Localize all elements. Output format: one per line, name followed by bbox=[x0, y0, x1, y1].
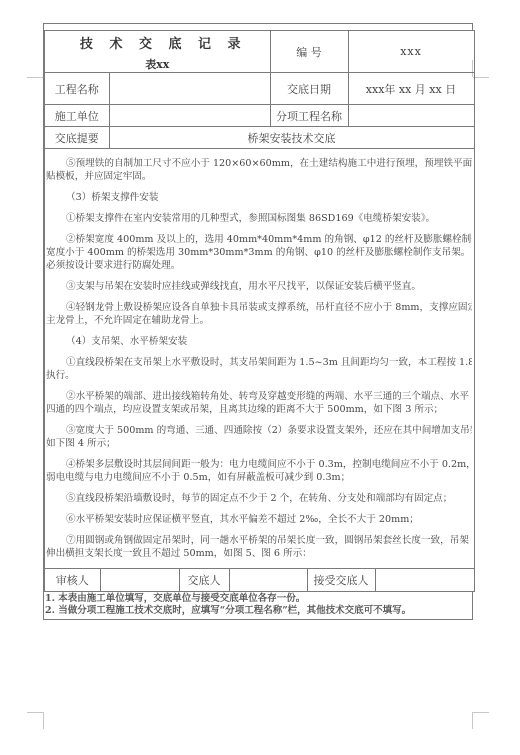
construction-unit-label: 施工单位 bbox=[44, 105, 109, 127]
disclosure-date-label: 交底日期 bbox=[270, 73, 348, 105]
note-2: 2. 当做分项工程施工技术交底时，应填写“分项工程名称”栏，其他技术交底可不填写… bbox=[45, 605, 472, 617]
receiver-value[interactable] bbox=[375, 569, 474, 592]
text-line: 贴模板，并应固定牢固。 bbox=[46, 170, 472, 183]
number-label: 编 号 bbox=[270, 31, 348, 73]
discloser-label: 交底人 bbox=[179, 569, 229, 592]
disclosure-body: ⑤预埋铁的自制加工尺寸不应小于 120×60×60mm，在土建结构施工中进行预埋… bbox=[44, 149, 474, 569]
project-name-row: 工程名称 交底日期 xxx年 xx 月 xx 日 bbox=[44, 73, 474, 105]
sub-project-name-label: 分项工程名称 bbox=[270, 105, 348, 127]
text-line: ①直线段桥架在支吊架上水平敷设时，其支吊架间距为 1.5~3m 且间距均匀一致，… bbox=[46, 356, 472, 369]
text-line: ①桥架支撑件在室内安装常用的几种型式，参照国标图集 86SD169《电缆桥架安装… bbox=[46, 212, 472, 225]
summary-label: 交底提要 bbox=[44, 127, 109, 149]
text-line: ③支架与吊架在安装时应挂线或弹线找直，用水平尺找平，以保证安装后横平竖直。 bbox=[46, 280, 472, 293]
summary-row: 交底提要 桥架安装技术交底 bbox=[44, 127, 474, 149]
crop-mark-bottom-left-v bbox=[43, 712, 44, 729]
text-line: ④桥架多层敷设时其层间间距一般为：电力电缆间应不小于 0.3m，控制电缆间应不小… bbox=[46, 458, 472, 471]
paragraph-level-deviation: ⑥水平桥架安装时应保证横平竖直，其水平偏差不超过 2‰，全长不大于 20mm； bbox=[46, 513, 472, 526]
signature-row: 审核人 交底人 接受交底人 bbox=[44, 569, 474, 592]
disclosure-date-value[interactable]: xxx年 xx 月 xx 日 bbox=[348, 73, 474, 105]
receiver-label: 接受交底人 bbox=[307, 569, 375, 592]
paragraph-hanger-length: ⑦用圆钢或角钢做固定吊架时，同一趟水平桥架的吊架长度一致，圆钢吊架套丝长度一致，… bbox=[46, 534, 472, 560]
number-value[interactable]: xxx bbox=[348, 31, 474, 73]
summary-value[interactable]: 桥架安装技术交底 bbox=[109, 127, 474, 149]
section-heading-3: （3）桥架支撑件安装 bbox=[46, 191, 472, 204]
text-line: 弱电电缆与电力电缆间应不小于 0.5m，如有屏蔽盖板可减少到 0.3m； bbox=[46, 471, 472, 484]
form-code: 表xx bbox=[45, 56, 270, 72]
text-line: 执行。 bbox=[46, 369, 472, 382]
title-cell: 技 术 交 底 记 录 表xx bbox=[44, 31, 270, 73]
text-line: 主龙骨上，不允许固定在辅助龙骨上。 bbox=[46, 314, 472, 327]
paragraph-embedded-iron: ⑤预埋铁的自制加工尺寸不应小于 120×60×60mm，在土建结构施工中进行预埋… bbox=[46, 157, 472, 183]
text-line: 宽度小于 400mm 的桥架选用 30mm*30mm*3mm 的角钢、φ10 的… bbox=[46, 246, 472, 259]
crop-mark-bottom-left bbox=[27, 712, 43, 713]
text-line: ⑤预埋铁的自制加工尺寸不应小于 120×60×60mm，在土建结构施工中进行预埋… bbox=[46, 157, 472, 170]
text-line: ⑤直线段桥架沿墙敷设时，每节的固定点不少于 2 个，在转角、分支处和端部均有固定… bbox=[46, 492, 472, 505]
construction-unit-value[interactable] bbox=[109, 105, 270, 127]
crop-mark-bottom-right bbox=[473, 712, 489, 713]
section-heading-4: （4）支吊架、水平桥架安装 bbox=[46, 335, 472, 348]
note-1: 1. 本表由施工单位填写，交底单位与接受交底单位各存一份。 bbox=[45, 593, 472, 605]
paragraph-tray-width: ②桥架宽度 400mm 及以上的，选用 40mm*40mm*4mm 的角钢、φ1… bbox=[46, 233, 472, 272]
paragraph-alignment: ③支架与吊架在安装时应挂线或弹线找直，用水平尺找平，以保证安装后横平竖直。 bbox=[46, 280, 472, 293]
form-notes: 1. 本表由施工单位填写，交底单位与接受交底单位各存一份。 2. 当做分项工程施… bbox=[43, 592, 473, 620]
text-line: ②水平桥架的端部、进出接线箱转角处、转弯及穿越变形缝的两端、水平三通的三个端点、… bbox=[46, 390, 472, 403]
page-top-border bbox=[43, 23, 473, 30]
header-row: 技 术 交 底 记 录 表xx 编 号 xxx bbox=[44, 31, 474, 73]
section-heading: （3）桥架支撑件安装 bbox=[46, 191, 472, 204]
sub-project-name-value[interactable] bbox=[348, 105, 474, 127]
crop-mark-right bbox=[473, 77, 489, 78]
discloser-value[interactable] bbox=[229, 569, 307, 592]
text-line: ②桥架宽度 400mm 及以上的，选用 40mm*40mm*4mm 的角钢、φ1… bbox=[46, 233, 472, 246]
form-title: 技 术 交 底 记 录 bbox=[45, 33, 270, 52]
signature-table: 审核人 交底人 接受交底人 bbox=[43, 568, 475, 592]
project-name-label: 工程名称 bbox=[44, 73, 109, 105]
paragraph-spacing: ①直线段桥架在支吊架上水平敷设时，其支吊架间距为 1.5~3m 且间距均匀一致，… bbox=[46, 356, 472, 382]
reviewer-value[interactable] bbox=[100, 569, 179, 592]
document-page: 技 术 交 底 记 录 表xx 编 号 xxx 工程名称 交底日期 xxx年 x… bbox=[43, 23, 473, 620]
disclosure-form-table: 技 术 交 底 记 录 表xx 编 号 xxx 工程名称 交底日期 xxx年 x… bbox=[43, 30, 475, 569]
text-line: 四通的四个端点，均应设置支架或吊架，且离其边缘的距离不大于 500mm，如下图 … bbox=[46, 403, 472, 416]
paragraph-wall-mounting: ⑤直线段桥架沿墙敷设时，每节的固定点不少于 2 个，在转角、分支处和端部均有固定… bbox=[46, 492, 472, 505]
text-line: ⑦用圆钢或角钢做固定吊架时，同一趟水平桥架的吊架长度一致，圆钢吊架套丝长度一致，… bbox=[46, 534, 472, 547]
paragraph-multilayer: ④桥架多层敷设时其层间间距一般为：电力电缆间应不小于 0.3m，控制电缆间应不小… bbox=[46, 458, 472, 484]
project-name-value[interactable] bbox=[109, 73, 270, 105]
reviewer-label: 审核人 bbox=[44, 569, 100, 592]
section-heading: （4）支吊架、水平桥架安装 bbox=[46, 335, 472, 348]
text-line: 必须按设计要求进行防腐处理。 bbox=[46, 259, 472, 272]
text-line: ④轻钢龙骨上敷设桥架应设各自单独卡具吊装或支撑系统，吊杆直径不应小于 8mm，支… bbox=[46, 301, 472, 314]
paragraph-end-supports: ②水平桥架的端部、进出接线箱转角处、转弯及穿越变形缝的两端、水平三通的三个端点、… bbox=[46, 390, 472, 416]
text-line: 伸出横担支架长度一致且不超过 50mm，如图 5、图 6 所示： bbox=[46, 547, 472, 560]
paragraph-wide-fittings: ③宽度大于 500mm 的弯通、三通、四通除按（2）条要求设置支架外，还应在其中… bbox=[46, 424, 472, 450]
text-line: ③宽度大于 500mm 的弯通、三通、四通除按（2）条要求设置支架外，还应在其中… bbox=[46, 424, 472, 437]
text-line: ⑥水平桥架安装时应保证横平竖直，其水平偏差不超过 2‰，全长不大于 20mm； bbox=[46, 513, 472, 526]
paragraph-light-steel: ④轻钢龙骨上敷设桥架应设各自单独卡具吊装或支撑系统，吊杆直径不应小于 8mm，支… bbox=[46, 301, 472, 327]
body-row: ⑤预埋铁的自制加工尺寸不应小于 120×60×60mm，在土建结构施工中进行预埋… bbox=[44, 149, 474, 569]
construction-unit-row: 施工单位 分项工程名称 bbox=[44, 105, 474, 127]
disclosure-content: ⑤预埋铁的自制加工尺寸不应小于 120×60×60mm，在土建结构施工中进行预埋… bbox=[45, 149, 474, 568]
text-line: 如下图 4 所示； bbox=[46, 437, 472, 450]
crop-mark-bottom-right-v bbox=[472, 712, 473, 729]
paragraph-support-types: ①桥架支撑件在室内安装常用的几种型式，参照国标图集 86SD169《电缆桥架安装… bbox=[46, 212, 472, 225]
crop-mark-left bbox=[27, 77, 43, 78]
